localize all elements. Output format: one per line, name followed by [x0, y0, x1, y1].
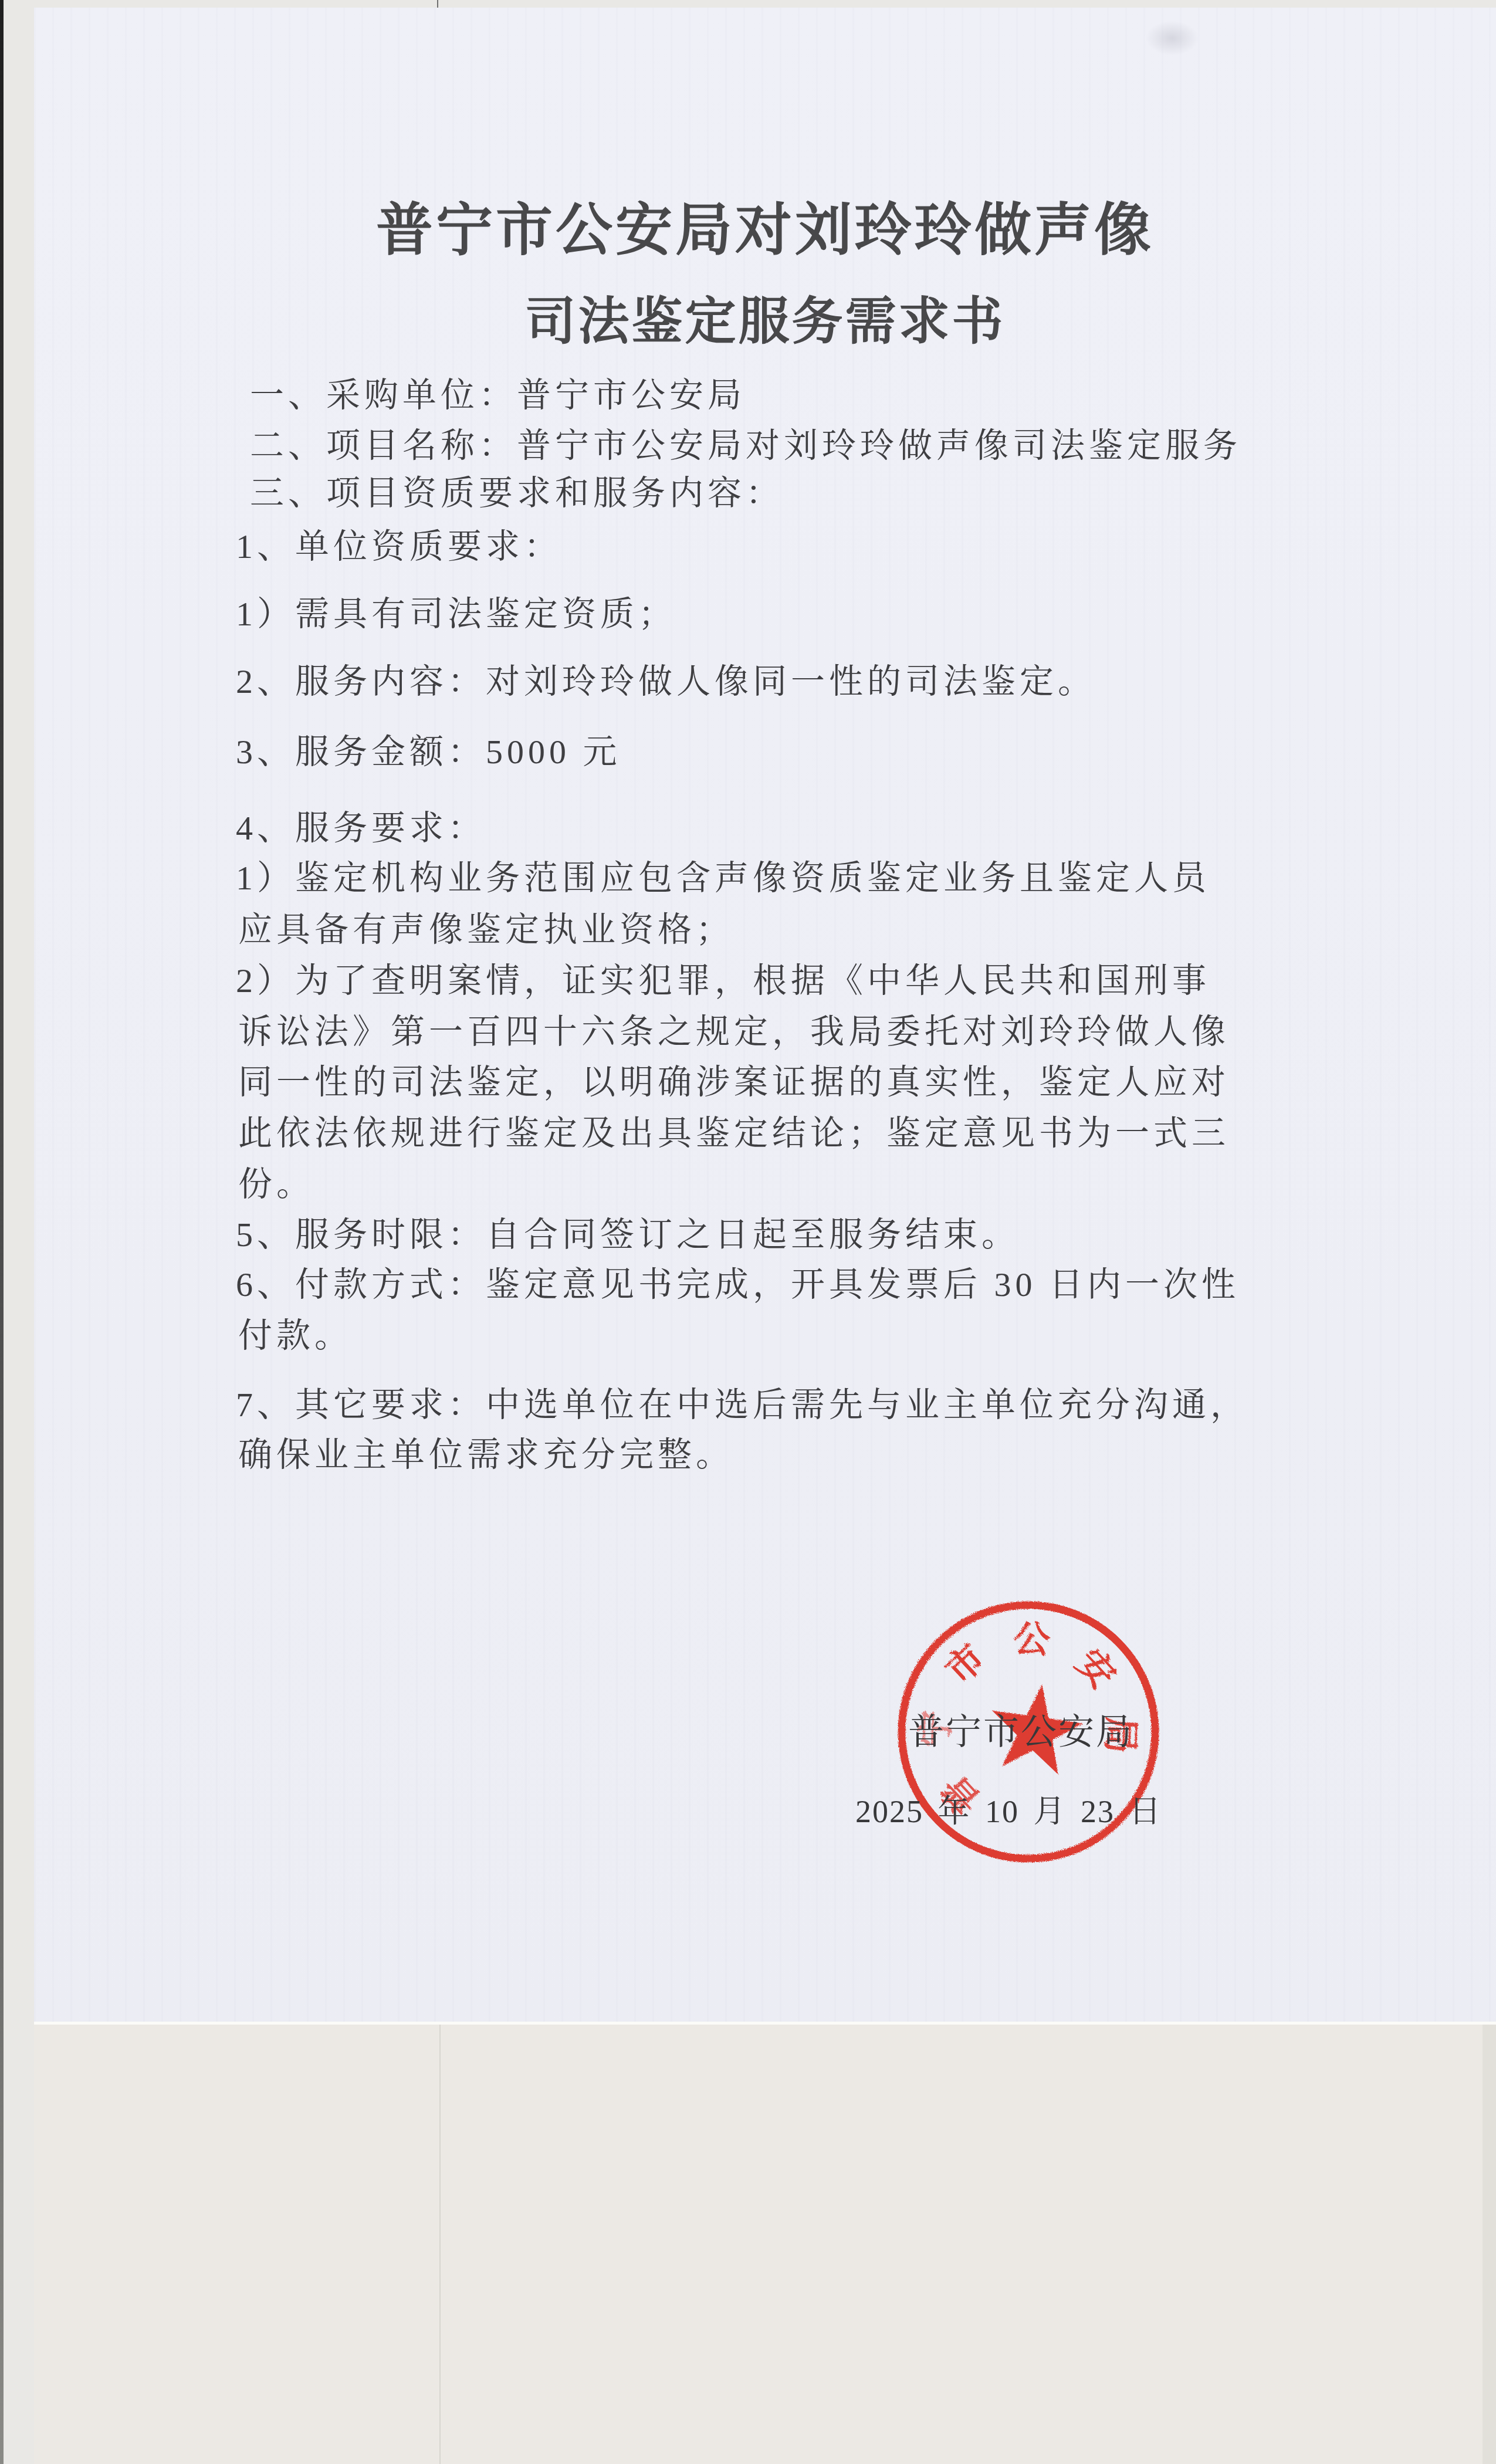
scanner-margin-left	[4, 0, 34, 2464]
body-line-12: 诉讼法》第一百四十六条之规定，我局委托对刘玲玲做人像	[238, 1015, 1230, 1049]
document-page: 普宁市公安局对刘玲玲做声像 司法鉴定服务需求书 普宁市公安局 2025 年 10…	[34, 8, 1496, 2023]
scanner-bed-background	[34, 2025, 1496, 2464]
body-line-2: 二、项目名称：普宁市公安局对刘玲玲做声像司法鉴定服务	[250, 429, 1241, 463]
document-title-line1: 普宁市公安局对刘玲玲做声像	[34, 201, 1496, 258]
body-line-17: 6、付款方式：鉴定意见书完成，开具发票后 30 日内一次性	[236, 1268, 1240, 1302]
body-line-19: 7、其它要求：中选单位在中选后需先与业主单位充分沟通，	[236, 1388, 1248, 1422]
body-line-14: 此依法依规进行鉴定及出具鉴定结论；鉴定意见书为一式三	[238, 1116, 1230, 1150]
body-line-3: 三、项目资质要求和服务内容：	[250, 476, 784, 510]
seal-arc-char-3: 市	[938, 1637, 993, 1692]
body-line-8: 4、服务要求：	[236, 811, 486, 845]
seal-arc-char-4: 公	[1013, 1619, 1051, 1661]
body-line-5: 1）需具有司法鉴定资质；	[236, 597, 676, 631]
issue-date: 2025 年 10 月 23 日	[855, 1796, 1162, 1827]
body-line-18: 付款。	[238, 1319, 353, 1353]
body-line-7: 3、服务金额：5000 元	[236, 735, 621, 769]
scan-background: { "colors": { "stamp_red": "#dd3126", "p…	[0, 0, 1496, 2464]
body-line-4: 1、单位资质要求：	[236, 530, 562, 564]
body-line-1: 一、采购单位：普宁市公安局	[250, 378, 746, 412]
scan-artifact-line	[437, 0, 438, 8]
body-line-20: 确保业主单位需求充分完整。	[238, 1438, 734, 1472]
body-line-9: 1）鉴定机构业务范围应包含声像资质鉴定业务且鉴定人员	[236, 861, 1210, 895]
seal-arc-char-5: 安	[1068, 1641, 1123, 1697]
body-line-11: 2）为了查明案情，证实犯罪，根据《中华人民共和国刑事	[236, 964, 1210, 998]
body-line-10: 应具备有声像鉴定执业资格；	[238, 913, 734, 947]
document-title-line2: 司法鉴定服务需求书	[34, 296, 1496, 347]
scanner-seam-line	[439, 2025, 441, 2464]
body-line-16: 5、服务时限：自合同签订之日起至服务结束。	[236, 1218, 1020, 1252]
body-line-13: 同一性的司法鉴定，以明确涉案证据的真实性，鉴定人应对	[238, 1065, 1230, 1099]
issuer-name: 普宁市公安局	[908, 1715, 1133, 1751]
scanner-strip-right	[1483, 2025, 1496, 2464]
body-line-6: 2、服务内容：对刘玲玲做人像同一性的司法鉴定。	[236, 665, 1096, 699]
scanner-margin-top	[34, 0, 1496, 8]
body-line-15: 份。	[238, 1167, 314, 1201]
